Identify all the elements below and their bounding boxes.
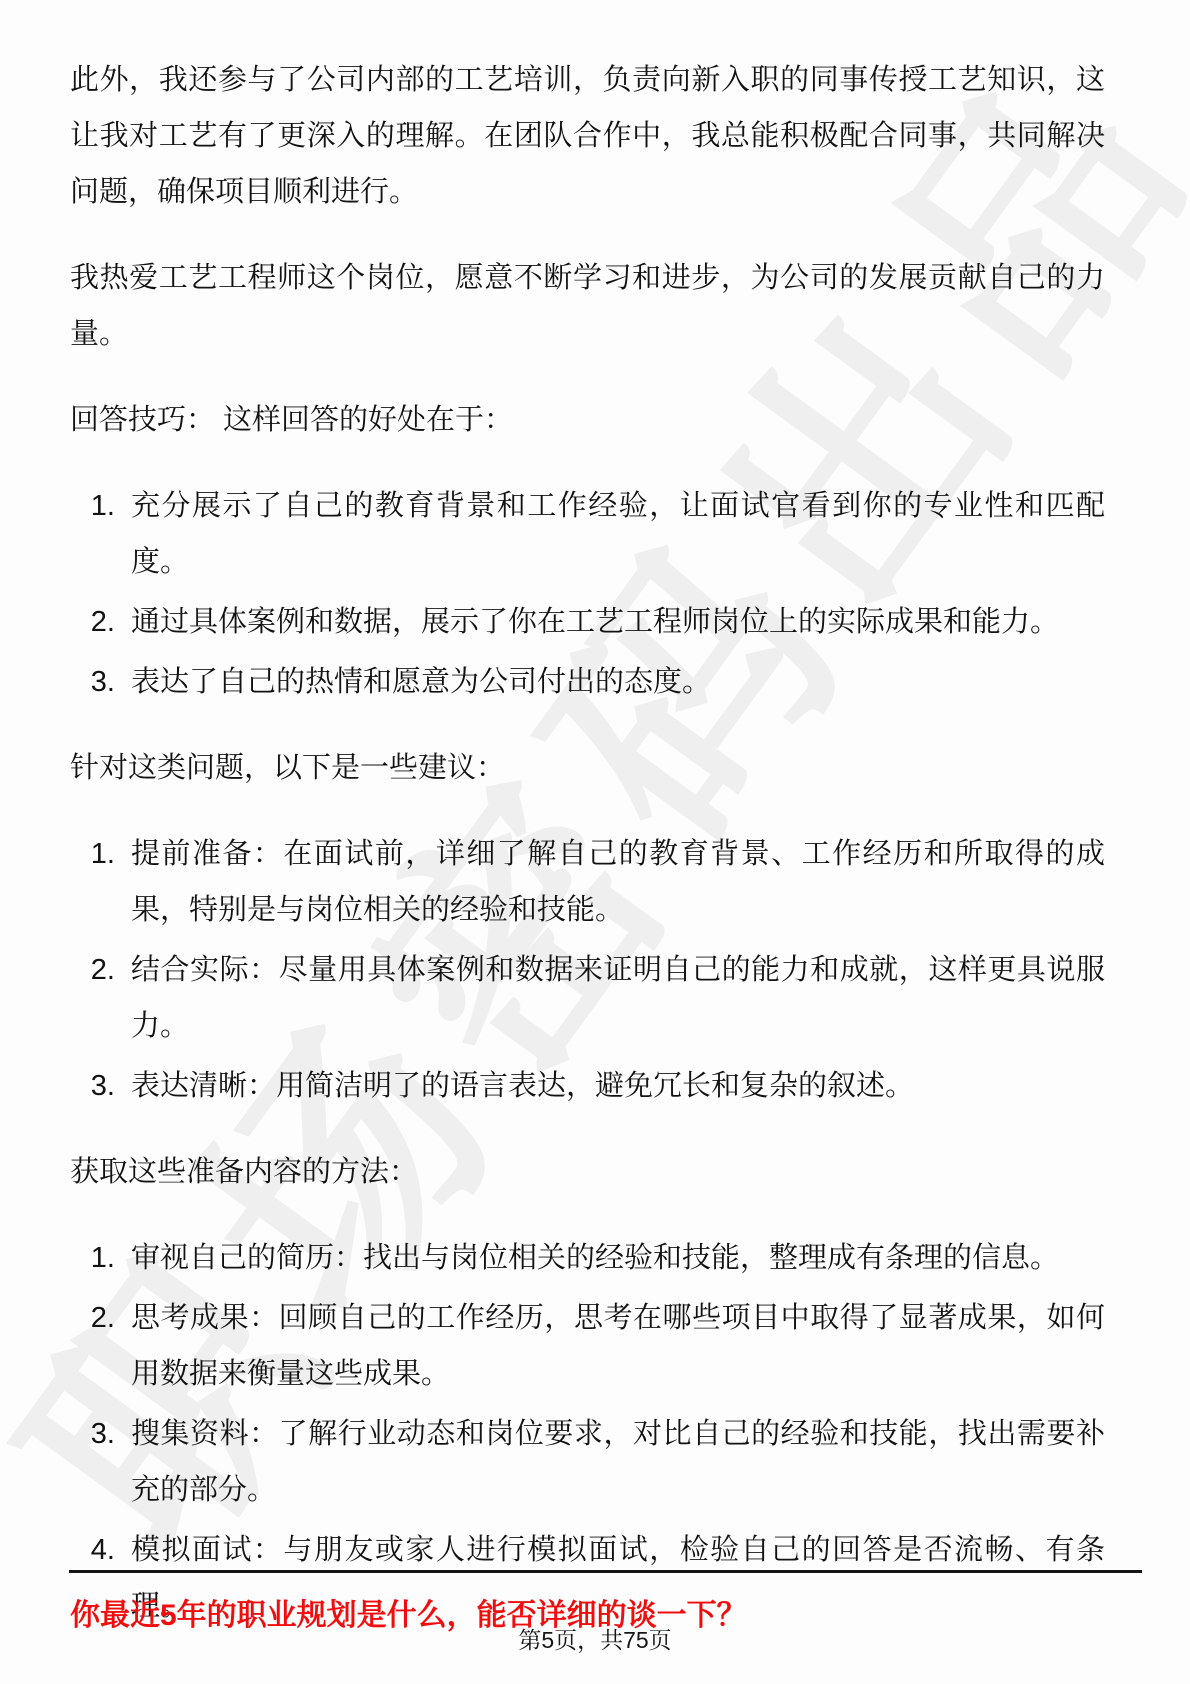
list-item: 审视自己的简历：找出与岗位相关的经验和技能，整理成有条理的信息。 — [123, 1230, 1105, 1286]
list-item: 表达清晰：用简洁明了的语言表达，避免冗长和复杂的叙述。 — [123, 1058, 1105, 1114]
page-content: 此外，我还参与了公司内部的工艺培训，负责向新入职的同事传授工艺知识，这让我对工艺… — [0, 0, 1190, 1634]
list-item: 充分展示了自己的教育背景和工作经验，让面试官看到你的专业性和匹配度。 — [123, 478, 1105, 590]
heading-methods: 获取这些准备内容的方法： — [70, 1144, 1105, 1200]
list-item: 提前准备：在面试前，详细了解自己的教育背景、工作经历和所取得的成果，特别是与岗位… — [123, 826, 1105, 938]
list-item: 思考成果：回顾自己的工作经历，思考在哪些项目中取得了显著成果，如何用数据来衡量这… — [123, 1290, 1105, 1402]
heading-answer-tips: 回答技巧： 这样回答的好处在于： — [70, 392, 1105, 448]
suggestions-list: 提前准备：在面试前，详细了解自己的教育背景、工作经历和所取得的成果，特别是与岗位… — [70, 826, 1105, 1114]
benefits-list: 充分展示了自己的教育背景和工作经验，让面试官看到你的专业性和匹配度。 通过具体案… — [70, 478, 1105, 710]
heading-suggestions: 针对这类问题，以下是一些建议： — [70, 740, 1105, 796]
methods-list: 审视自己的简历：找出与岗位相关的经验和技能，整理成有条理的信息。 思考成果：回顾… — [70, 1230, 1105, 1634]
list-item: 通过具体案例和数据，展示了你在工艺工程师岗位上的实际成果和能力。 — [123, 594, 1105, 650]
footer-divider — [69, 1570, 1142, 1573]
list-item: 搜集资料：了解行业动态和岗位要求，对比自己的经验和技能，找出需要补充的部分。 — [123, 1406, 1105, 1518]
list-item: 表达了自己的热情和愿意为公司付出的态度。 — [123, 654, 1105, 710]
page-number: 第5页，共75页 — [0, 1622, 1190, 1655]
paragraph-training-experience: 此外，我还参与了公司内部的工艺培训，负责向新入职的同事传授工艺知识，这让我对工艺… — [70, 52, 1105, 220]
paragraph-passion: 我热爱工艺工程师这个岗位，愿意不断学习和进步，为公司的发展贡献自己的力量。 — [70, 250, 1105, 362]
list-item: 结合实际：尽量用具体案例和数据来证明自己的能力和成就，这样更具说服力。 — [123, 942, 1105, 1054]
